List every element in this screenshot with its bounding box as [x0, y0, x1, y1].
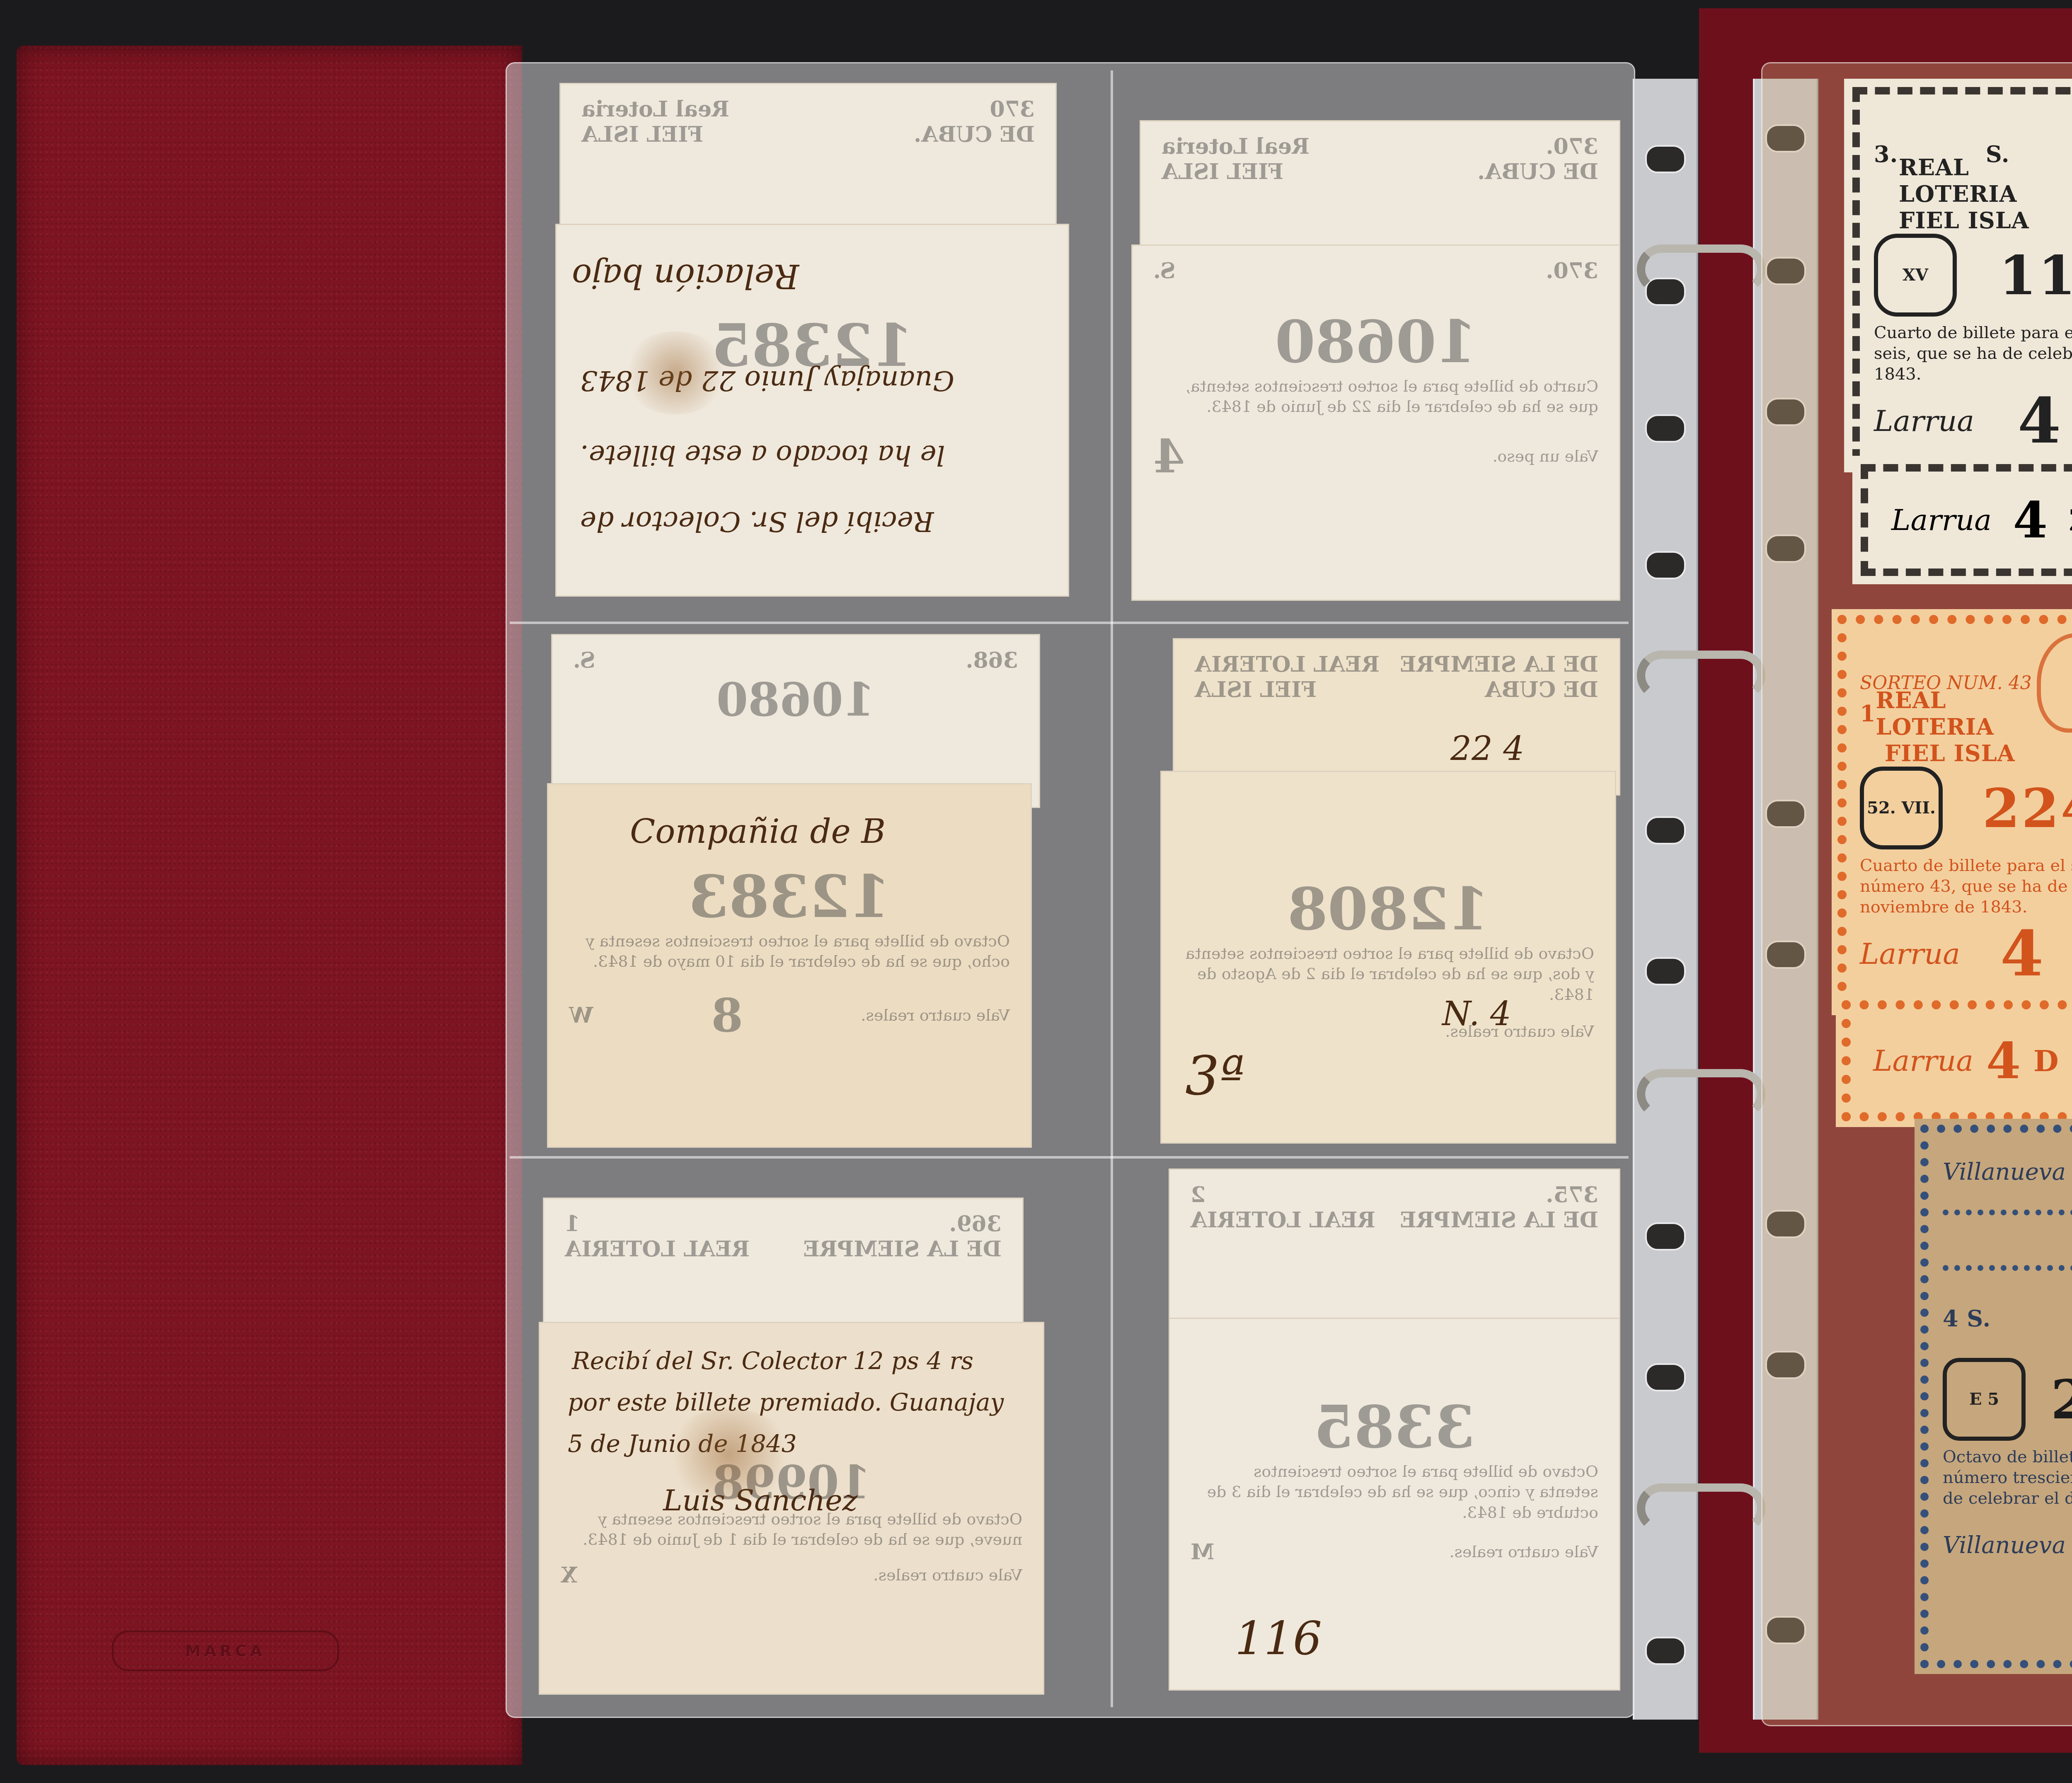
age-stain: [663, 1409, 796, 1500]
pocket-divider: [510, 1156, 1629, 1159]
handwritten-note: Recibí del Sr. Colector de: [580, 506, 934, 537]
punch-hole: [1645, 1222, 1686, 1251]
handwritten-note: Recibí del Sr. Colector 12 ps 4 rs: [572, 1347, 973, 1375]
reversed-ticket: 370Real Loteria DE CUBA.FIEL ISLA: [559, 83, 1057, 240]
lottery-ticket-22943-g: Villanueva8Vale cuatro reales. 4 S.G387.…: [1915, 1119, 2072, 1674]
lottery-ticket-11747: 3.S.376. REAL LOTERIADE LA SIEMPRE FIEL …: [1844, 79, 2072, 472]
pocket-divider: [1111, 70, 1113, 1707]
punch-hole: [1645, 414, 1686, 443]
punch-hole: [1645, 816, 1686, 844]
reversed-ticket: 370.S. 10680 Cuarto de billete para el s…: [1131, 244, 1620, 601]
handwritten-note: 22 4: [1450, 729, 1524, 768]
handwritten-note: Relación bajo: [572, 257, 799, 295]
age-stain: [622, 331, 729, 414]
binder-ring[interactable]: [1637, 651, 1765, 700]
handwritten-note: por este billete premiado. Guanajay: [568, 1388, 1004, 1416]
ticket-stub: Larrua4Z398Vale un peso.: [1852, 456, 2072, 584]
punch-hole: [1645, 1363, 1686, 1391]
binder-ring[interactable]: [1637, 1483, 1765, 1533]
pocket-divider: [510, 622, 1629, 624]
stamp-seal-icon: 52. VII.: [1860, 767, 1943, 849]
pentagon-stamp-icon: E 5: [1943, 1358, 2026, 1441]
punch-hole: [1645, 145, 1686, 173]
binder-ring[interactable]: [1637, 1069, 1765, 1119]
handwritten-note: 3ª: [1185, 1044, 1245, 1107]
binder-ring[interactable]: [1637, 244, 1765, 294]
handwritten-note: le ha tocado a este billete.: [580, 439, 945, 471]
punch-hole: [1645, 551, 1686, 579]
punch-hole: [1645, 957, 1686, 985]
handwritten-note: Compañia de B: [630, 812, 886, 851]
ticket-stub: Larrua4D608Vale dos pesos.: [1836, 994, 2072, 1127]
cover-emboss-label: MARCA: [112, 1631, 339, 1671]
punch-hole: [1645, 1637, 1686, 1665]
stamp-seal-icon: XV: [1874, 234, 1957, 317]
reversed-ticket: 368.S. 10680: [551, 634, 1040, 808]
reversed-ticket: 375.2 DE LA SIEMPREREAL LOTERIA: [1169, 1169, 1620, 1343]
handwritten-note: N. 4: [1442, 994, 1511, 1033]
lottery-ticket-22447: SORTEO NUM. 43ESTRAORDINARIO 1REAL LOTER…: [1832, 609, 2072, 1015]
handwritten-note: 116: [1235, 1612, 1322, 1665]
sleeve-punch-strip-left: [1633, 79, 1698, 1720]
binder-front-cover: [17, 46, 522, 1765]
